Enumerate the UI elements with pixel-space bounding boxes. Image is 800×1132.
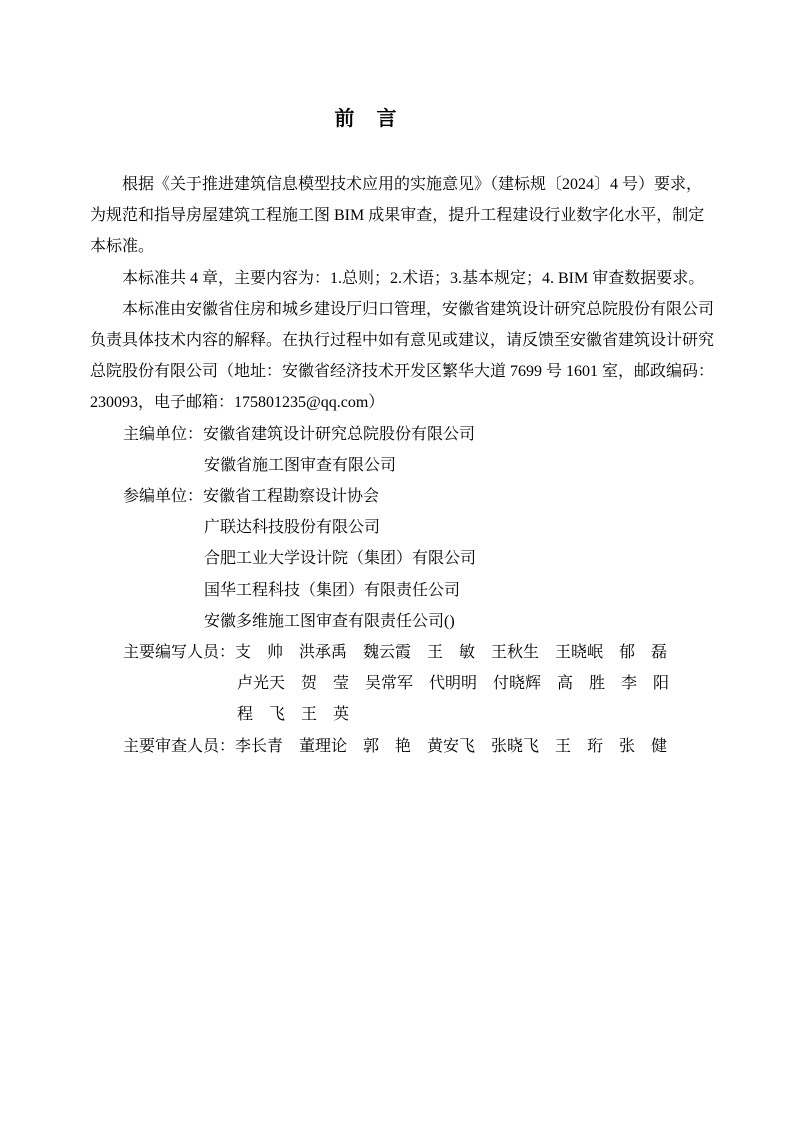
main-reviewers-line: 主要审查人员：李长青 董理论 郭 艳 黄安飞 张晓飞 王 珩 张 健: [90, 731, 714, 762]
main-writers-line: 主要编写人员：支 帅 洪承禹 魏云霞 王 敏 王秋生 王晓岷 郁 磊: [90, 637, 714, 668]
document-page: 前 言 根据《关于推进建筑信息模型技术应用的实施意见》（建标规〔2024〕4 号…: [0, 0, 800, 1132]
para-contents-line: 本标准共 4 章，主要内容为：1.总则；2.术语；3.基本规定；4. BIM 审…: [90, 263, 714, 294]
main-writers-line: 卢光天 贺 莹 吴常军 代明明 付晓辉 高 胜 李 阳: [90, 668, 714, 699]
para-basis-line: 本标准。: [90, 231, 714, 262]
para-basis-line: 根据《关于推进建筑信息模型技术应用的实施意见》（建标规〔2024〕4 号）要求，: [90, 169, 714, 200]
page-title: 前 言: [0, 102, 732, 131]
participating-unit-line: 安徽多维施工图审查有限责任公司(): [90, 606, 714, 637]
para-management-line: 负责具体技术内容的解释。在执行过程中如有意见或建议，请反馈至安徽省建筑设计研究: [90, 325, 714, 356]
participating-unit-line: 合肥工业大学设计院（集团）有限公司: [90, 543, 714, 574]
document-body: 根据《关于推进建筑信息模型技术应用的实施意见》（建标规〔2024〕4 号）要求，…: [90, 169, 714, 762]
para-management-line: 本标准由安徽省住房和城乡建设厅归口管理，安徽省建筑设计研究总院股份有限公司: [90, 294, 714, 325]
para-basis-line: 为规范和指导房屋建筑工程施工图 BIM 成果审查，提升工程建设行业数字化水平，制…: [90, 200, 714, 231]
participating-unit-line: 国华工程科技（集团）有限责任公司: [90, 575, 714, 606]
participating-unit-line: 广联达科技股份有限公司: [90, 512, 714, 543]
chief-editor-unit-line: 主编单位：安徽省建筑设计研究总院股份有限公司: [90, 419, 714, 450]
main-writers-line: 程 飞 王 英: [90, 699, 714, 730]
para-management-line: 总院股份有限公司（地址：安徽省经济技术开发区繁华大道 7699 号 1601 室…: [90, 356, 714, 387]
participating-unit-line: 参编单位：安徽省工程勘察设计协会: [90, 481, 714, 512]
chief-editor-unit-line: 安徽省施工图审查有限公司: [90, 450, 714, 481]
para-management-line: 230093，电子邮箱：175801235@qq.com）: [90, 387, 714, 418]
